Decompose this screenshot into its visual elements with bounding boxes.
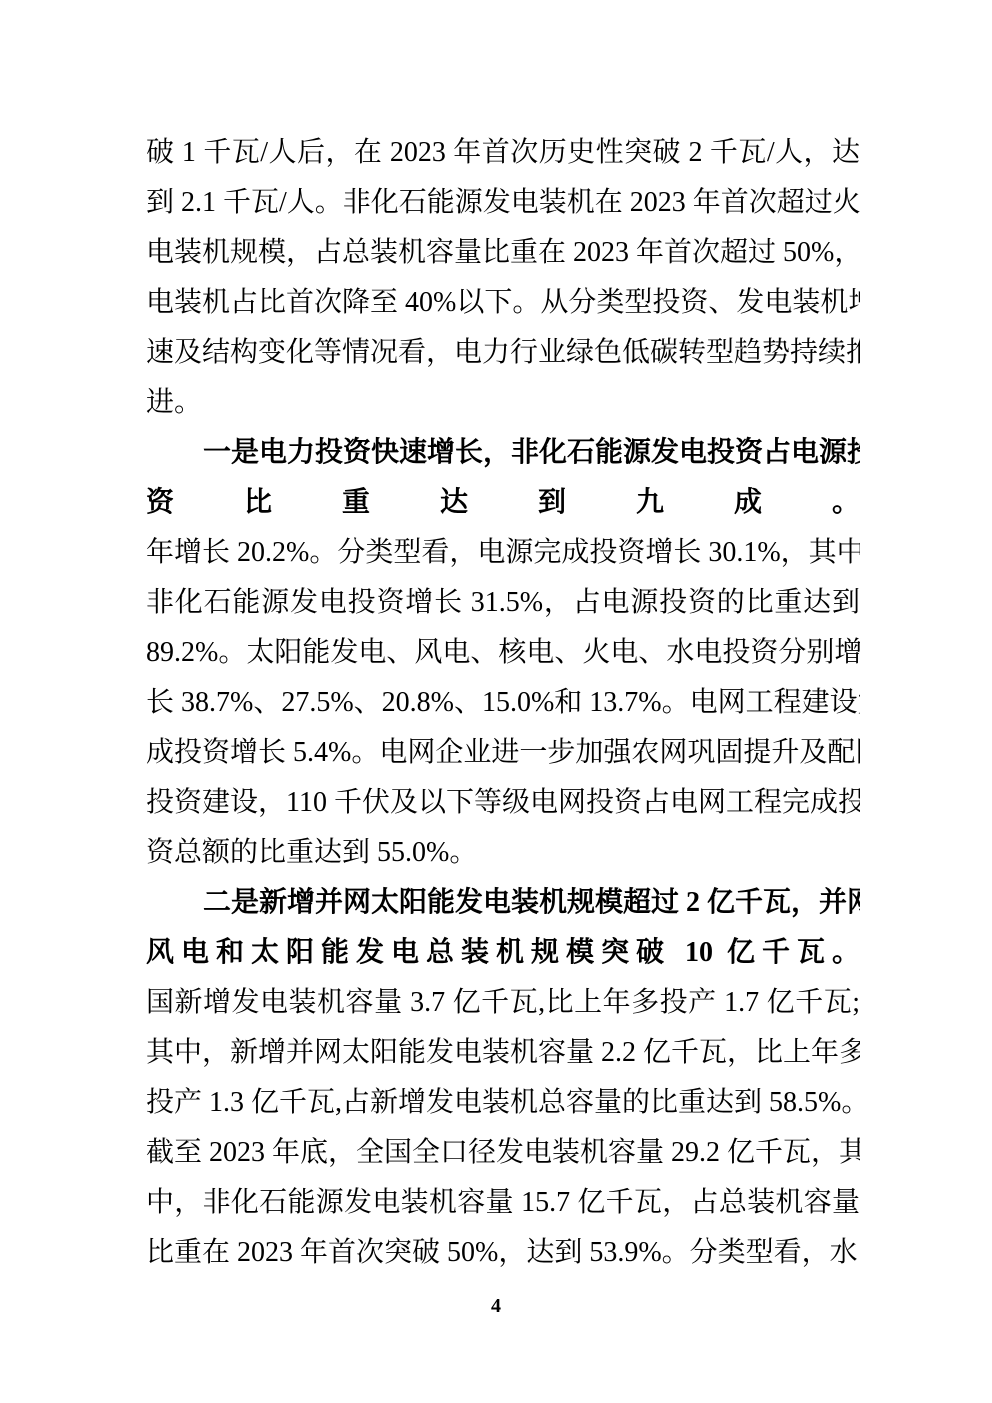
text-run: 国新增发电装机容量 3.7 亿千瓦,比上年多投产 1.7 亿千瓦; <box>146 987 860 1018</box>
text-run: 89.2%。太阳能发电、风电、核电、火电、水电投资分别增 <box>146 637 860 668</box>
text-run: 电装机占比首次降至 40%以下。从分类型投资、发电装机增 <box>146 287 860 318</box>
text-line: 中，非化石能源发电装机容量 15.7 亿千瓦，占总装机容量 <box>146 1178 860 1228</box>
bold-text-run: 风电和太阳能发电总装机规模突破 10 亿千瓦。 <box>146 937 860 968</box>
text-run: 其中，新增并网太阳能发电装机容量 2.2 亿千瓦，比上年多 <box>146 1037 860 1068</box>
text-run: 进。 <box>146 387 202 418</box>
text-line: 电装机规模，占总装机容量比重在 2023 年首次超过 50%，煤 <box>146 228 860 278</box>
text-run: 资总额的比重达到 55.0%。 <box>146 837 477 868</box>
text-run: 破 1 千瓦/人后，在 2023 年首次历史性突破 2 千瓦/人，达 <box>146 137 860 168</box>
text-run: 中，非化石能源发电装机容量 15.7 亿千瓦，占总装机容量 <box>146 1187 860 1218</box>
text-run: 比重在 2023 年首次突破 50%，达到 53.9%。分类型看，水电 <box>146 1237 860 1268</box>
text-line: 投资建设，110 千伏及以下等级电网投资占电网工程完成投 <box>146 778 860 828</box>
text-line: 进。 <box>146 378 860 428</box>
text-line: 年增长 20.2%。分类型看，电源完成投资增长 30.1%，其中 <box>146 528 860 578</box>
text-line: 其中，新增并网太阳能发电装机容量 2.2 亿千瓦，比上年多 <box>146 1028 860 1078</box>
text-line: 89.2%。太阳能发电、风电、核电、火电、水电投资分别增 <box>146 628 860 678</box>
text-line: 破 1 千瓦/人后，在 2023 年首次历史性突破 2 千瓦/人，达 <box>146 128 860 178</box>
text-run: 成投资增长 5.4%。电网企业进一步加强农网巩固提升及配网 <box>146 737 860 768</box>
text-line: 成投资增长 5.4%。电网企业进一步加强农网巩固提升及配网 <box>146 728 860 778</box>
text-run: 长 38.7%、27.5%、20.8%、15.0%和 13.7%。电网工程建设完 <box>146 687 860 718</box>
document-body: 破 1 千瓦/人后，在 2023 年首次历史性突破 2 千瓦/人，达到 2.1 … <box>146 128 860 1278</box>
text-run: 投产 1.3 亿千瓦,占新增发电装机总容量的比重达到 58.5%。 <box>146 1087 860 1118</box>
text-line: 资比重达到九成。2023 年，重点调查企业电力完成投资比上 <box>146 478 860 528</box>
bold-text-run: 一是电力投资快速增长，非化石能源发电投资占电源投 <box>203 437 860 468</box>
text-line: 风电和太阳能发电总装机规模突破 10 亿千瓦。2023 年，全 <box>146 928 860 978</box>
text-line: 比重在 2023 年首次突破 50%，达到 53.9%。分类型看，水电 <box>146 1228 860 1278</box>
text-run: 年增长 20.2%。分类型看，电源完成投资增长 30.1%，其中 <box>146 537 860 568</box>
text-run: 到 2.1 千瓦/人。非化石能源发电装机在 2023 年首次超过火 <box>146 187 860 218</box>
text-run: 速及结构变化等情况看，电力行业绿色低碳转型趋势持续推 <box>146 337 860 368</box>
text-line: 速及结构变化等情况看，电力行业绿色低碳转型趋势持续推 <box>146 328 860 378</box>
text-run: 截至 2023 年底，全国全口径发电装机容量 29.2 亿千瓦，其 <box>146 1137 860 1168</box>
text-line: 截至 2023 年底，全国全口径发电装机容量 29.2 亿千瓦，其 <box>146 1128 860 1178</box>
text-line: 国新增发电装机容量 3.7 亿千瓦,比上年多投产 1.7 亿千瓦; <box>146 978 860 1028</box>
text-line: 非化石能源发电投资增长 31.5%，占电源投资的比重达到 <box>146 578 860 628</box>
text-line: 资总额的比重达到 55.0%。 <box>146 828 860 878</box>
page-number: 4 <box>0 1294 992 1318</box>
text-line: 一是电力投资快速增长，非化石能源发电投资占电源投 <box>146 428 860 478</box>
text-line: 长 38.7%、27.5%、20.8%、15.0%和 13.7%。电网工程建设完 <box>146 678 860 728</box>
text-line: 到 2.1 千瓦/人。非化石能源发电装机在 2023 年首次超过火 <box>146 178 860 228</box>
bold-text-run: 资比重达到九成。 <box>146 487 860 518</box>
text-run: 电装机规模，占总装机容量比重在 2023 年首次超过 50%，煤 <box>146 237 860 268</box>
text-run: 投资建设，110 千伏及以下等级电网投资占电网工程完成投 <box>146 787 860 818</box>
text-line: 二是新增并网太阳能发电装机规模超过 2 亿千瓦，并网 <box>146 878 860 928</box>
bold-text-run: 二是新增并网太阳能发电装机规模超过 2 亿千瓦，并网 <box>203 887 860 918</box>
text-line: 投产 1.3 亿千瓦,占新增发电装机总容量的比重达到 58.5%。 <box>146 1078 860 1128</box>
text-line: 电装机占比首次降至 40%以下。从分类型投资、发电装机增 <box>146 278 860 328</box>
document-page: 破 1 千瓦/人后，在 2023 年首次历史性突破 2 千瓦/人，达到 2.1 … <box>0 0 992 1403</box>
text-run: 非化石能源发电投资增长 31.5%，占电源投资的比重达到 <box>146 587 860 618</box>
